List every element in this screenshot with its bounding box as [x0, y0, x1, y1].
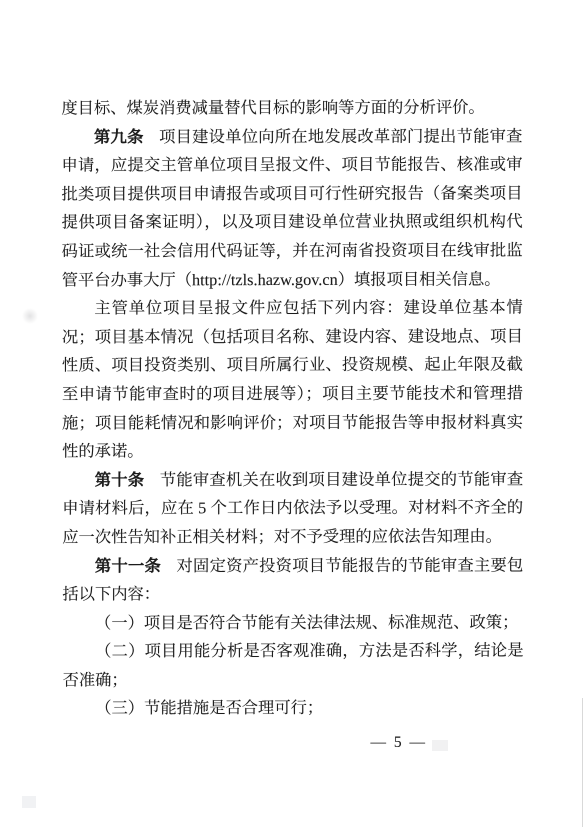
paragraph-article-9: 第九条项目建设单位向所在地发展改革部门提出节能审查申请，应提交主管单位项目呈报文… — [61, 122, 522, 295]
document-text-block: 度目标、煤炭消费减量替代目标的影响等方面的分析评价。 第九条项目建设单位向所在地… — [61, 94, 523, 724]
paragraph-article-11: 第十一条对固定资产投资项目节能报告的节能审查主要包括以下内容： — [62, 551, 523, 609]
paragraph-text: 项目建设单位向所在地发展改革部门提出节能审查申请，应提交主管单位项目呈报文件、项… — [61, 126, 522, 289]
article-number-label: 第九条 — [94, 127, 144, 146]
paragraph-text: 主管单位项目呈报文件应包括下列内容：建设单位基本情况；项目基本情况（包括项目名称… — [62, 298, 523, 461]
article-number-label: 第十条 — [95, 470, 145, 489]
paragraph: 主管单位项目呈报文件应包括下列内容：建设单位基本情况；项目基本情况（包括项目名称… — [62, 294, 523, 467]
scan-artifact-smudge — [22, 796, 36, 808]
paragraph-text: （二）项目用能分析是否客观准确，方法是否科学，结论是否准确； — [63, 641, 524, 690]
paragraph-list-item-2: （二）项目用能分析是否客观准确，方法是否科学，结论是否准确； — [62, 637, 523, 695]
paragraph-text: 度目标、煤炭消费减量替代目标的影响等方面的分析评价。 — [61, 98, 484, 118]
paragraph-list-item-1: （一）项目是否符合节能有关法律法规、标准规范、政策； — [62, 608, 523, 638]
scan-artifact-smudge — [22, 308, 38, 324]
scan-artifact-patch — [432, 740, 448, 751]
paragraph: 度目标、煤炭消费减量替代目标的影响等方面的分析评价。 — [61, 94, 522, 124]
paragraph-text: （三）节能措施是否合理可行； — [95, 698, 323, 717]
paragraph-list-item-3: （三）节能措施是否合理可行； — [63, 694, 524, 724]
scan-artifact-edge-line — [582, 698, 583, 827]
page-number: — 5 — — [0, 734, 427, 752]
scanned-document-page: 度目标、煤炭消费减量替代目标的影响等方面的分析评价。 第九条项目建设单位向所在地… — [0, 0, 585, 827]
paragraph-text: （一）项目是否符合节能有关法律法规、标准规范、政策； — [95, 612, 518, 632]
paragraph-article-10: 第十条节能审查机关在收到项目建设单位提交的节能审查申请材料后，应在 5 个工作日… — [62, 465, 523, 552]
article-number-label: 第十一条 — [95, 556, 161, 575]
